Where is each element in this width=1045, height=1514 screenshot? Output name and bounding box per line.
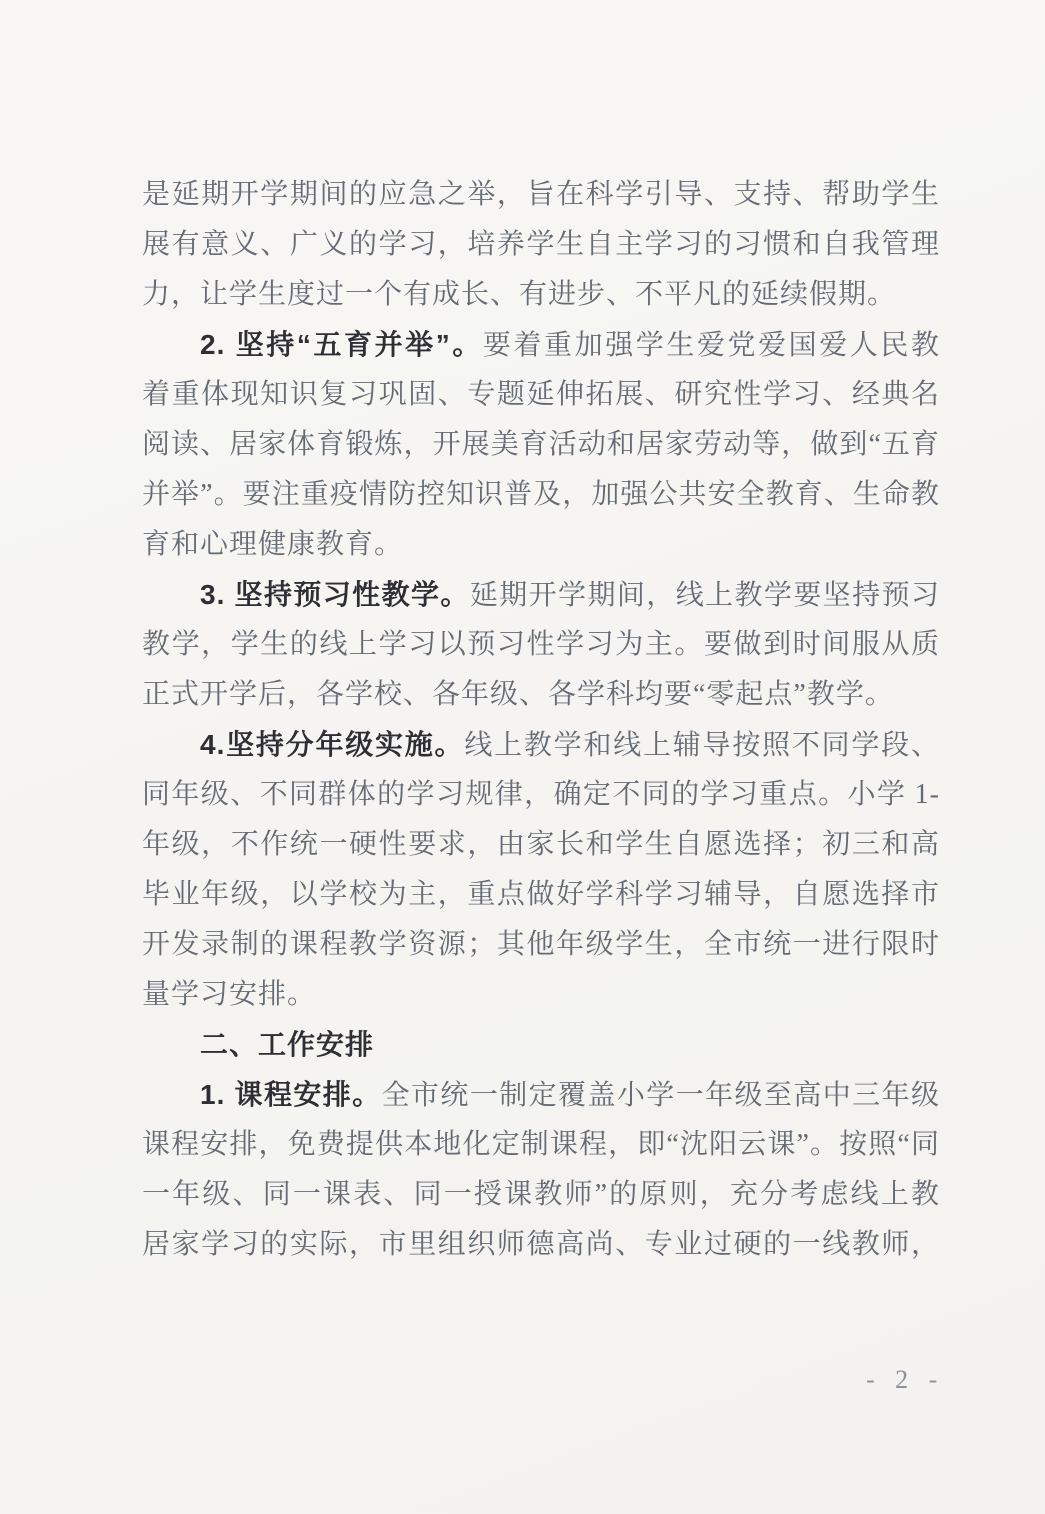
text-segment: 力，让学生度过一个有成长、有进步、不平凡的延续假期。: [142, 279, 896, 310]
heading-segment: 二、工作安排: [200, 1029, 374, 1060]
text-segment: 正式开学后，各学校、各年级、各学科均要“零起点”教学。: [142, 679, 894, 710]
text-segment: 开发录制的课程教学资源；其他年级学生，全市统一进行限时限: [142, 929, 940, 970]
heading-segment: 4.坚持分年级实施。: [200, 729, 464, 760]
text-line: 课程安排，免费提供本地化定制课程，即“沈阳云课”。按照“同: [142, 1120, 940, 1170]
text-line: 毕业年级，以学校为主，重点做好学科学习辅导，自愿选择市里: [142, 870, 940, 920]
text-line: 量学习安排。: [142, 970, 940, 1020]
page-number: - 2 -: [866, 1360, 944, 1400]
text-line: 教学，学生的线上学习以预习性学习为主。要做到时间服从质量，: [142, 620, 940, 670]
text-line: 年级，不作统一硬性要求，由家长和学生自愿选择；初三和高三: [142, 820, 940, 870]
text-line: 着重体现知识复习巩固、专题延伸拓展、研究性学习、经典名著: [142, 370, 940, 420]
text-segment: 教学，学生的线上学习以预习性学习为主。要做到时间服从质量，: [142, 629, 940, 670]
text-line: 3. 坚持预习性教学。延期开学期间，线上教学要坚持预习性: [142, 570, 940, 620]
text-line: 2. 坚持“五育并举”。要着重加强学生爱党爱国爱人民教育，: [142, 320, 940, 370]
heading-segment: 3. 坚持预习性教学。: [200, 579, 470, 610]
text-segment: 年级，不作统一硬性要求，由家长和学生自愿选择；初三和高三: [142, 829, 940, 870]
text-segment: 着重体现知识复习巩固、专题延伸拓展、研究性学习、经典名著: [142, 379, 940, 420]
text-segment: 课程安排，免费提供本地化定制课程，即“沈阳云课”。按照“同: [142, 1129, 940, 1160]
text-line: 4.坚持分年级实施。线上教学和线上辅导按照不同学段、不: [142, 720, 940, 770]
text-line: 居家学习的实际，市里组织师德高尚、专业过硬的一线教师，开: [142, 1220, 940, 1270]
text-segment: 一年级、同一课表、同一授课教师”的原则，充分考虑线上教学、: [142, 1179, 940, 1220]
document-body: 是延期开学期间的应急之举，旨在科学引导、支持、帮助学生开展有意义、广义的学习，培…: [142, 170, 940, 1270]
text-segment: 量学习安排。: [142, 979, 316, 1010]
heading-segment: 2. 坚持“五育并举”。: [200, 329, 483, 360]
heading-segment: 1. 课程安排。: [200, 1079, 382, 1110]
text-line: 一年级、同一课表、同一授课教师”的原则，充分考虑线上教学、: [142, 1170, 940, 1220]
text-line: 力，让学生度过一个有成长、有进步、不平凡的延续假期。: [142, 270, 940, 320]
text-segment: 阅读、居家体育锻炼，开展美育活动和居家劳动等，做到“五育: [142, 429, 940, 460]
text-line: 展有意义、广义的学习，培养学生自主学习的习惯和自我管理能: [142, 220, 940, 270]
text-line: 二、工作安排: [142, 1020, 940, 1070]
text-line: 阅读、居家体育锻炼，开展美育活动和居家劳动等，做到“五育: [142, 420, 940, 470]
text-line: 同年级、不同群体的学习规律，确定不同的学习重点。小学 1-2: [142, 770, 940, 820]
text-segment: 展有意义、广义的学习，培养学生自主学习的习惯和自我管理能: [142, 229, 940, 270]
text-line: 1. 课程安排。全市统一制定覆盖小学一年级至高中三年级的: [142, 1070, 940, 1120]
text-segment: 毕业年级，以学校为主，重点做好学科学习辅导，自愿选择市里: [142, 879, 940, 920]
text-segment: 育和心理健康教育。: [142, 529, 403, 560]
text-line: 并举”。要注重疫情防控知识普及，加强公共安全教育、生命教: [142, 470, 940, 520]
text-line: 开发录制的课程教学资源；其他年级学生，全市统一进行限时限: [142, 920, 940, 970]
text-line: 育和心理健康教育。: [142, 520, 940, 570]
text-segment: 居家学习的实际，市里组织师德高尚、专业过硬的一线教师，开: [142, 1229, 940, 1270]
text-line: 正式开学后，各学校、各年级、各学科均要“零起点”教学。: [142, 670, 940, 720]
text-segment: 同年级、不同群体的学习规律，确定不同的学习重点。小学 1-2: [142, 779, 940, 820]
text-line: 是延期开学期间的应急之举，旨在科学引导、支持、帮助学生开: [142, 170, 940, 220]
text-segment: 并举”。要注重疫情防控知识普及，加强公共安全教育、生命教: [142, 479, 940, 510]
document-page: 是延期开学期间的应急之举，旨在科学引导、支持、帮助学生开展有意义、广义的学习，培…: [0, 0, 1045, 1514]
text-segment: 是延期开学期间的应急之举，旨在科学引导、支持、帮助学生开: [142, 179, 940, 220]
